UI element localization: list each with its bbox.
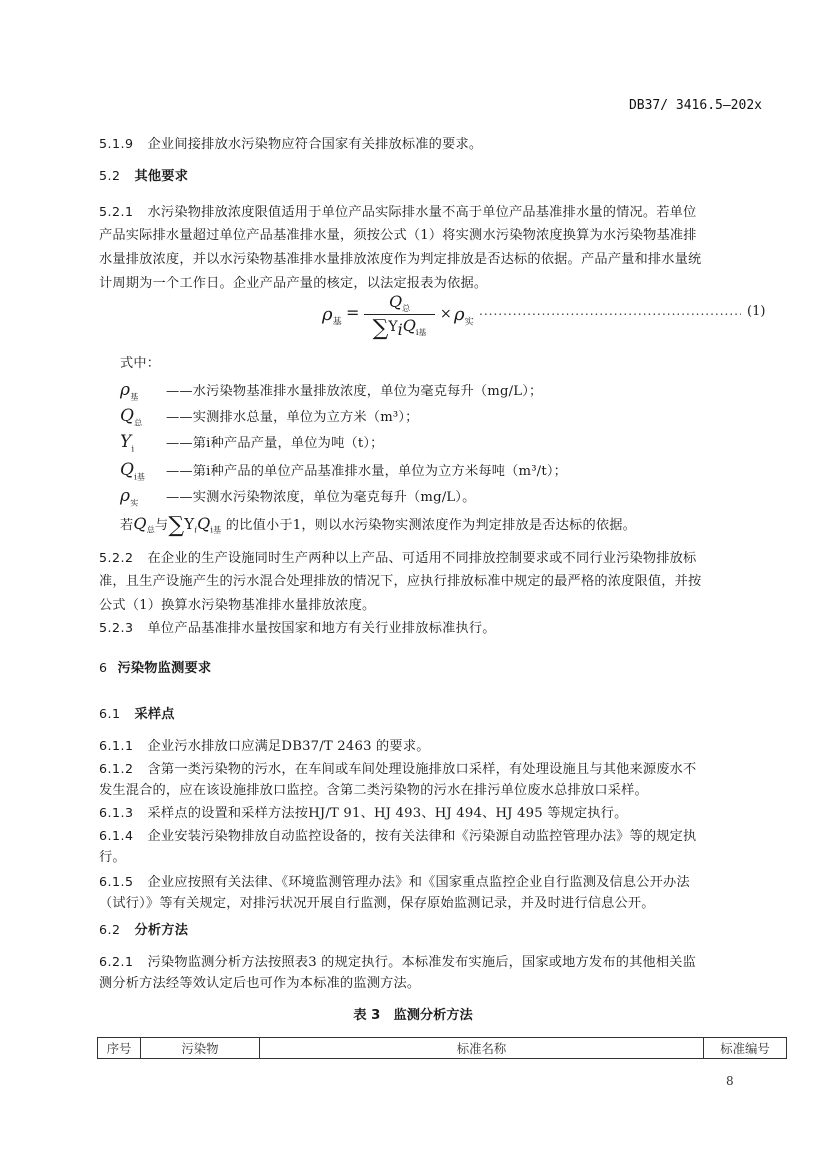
formula-label: (1): [747, 304, 765, 319]
column-header-standard-number: 标准编号: [704, 1038, 787, 1059]
sigma-icon: ∑: [373, 316, 389, 341]
clause-5-2-1-line-3: 水量排放浓度，并以水污染物基准排水量排放浓度作为判定排放是否达标的依据。产品产量…: [99, 248, 789, 272]
column-header-index: 序号: [98, 1038, 141, 1059]
document-id: DB37/ 3416.5—202x: [629, 98, 762, 113]
ratio-condition: 若Q总与∑YiQi基 的比值小于1，则以水污染物实测浓度作为判定排放是否达标的依…: [120, 512, 810, 543]
where-intro: 式中：: [120, 352, 810, 376]
page-number: 8: [726, 1074, 734, 1088]
section-heading-6-1: 6.1采样点: [99, 702, 789, 727]
column-header-standard-name: 标准名称: [260, 1038, 704, 1059]
clause-5-1-9: 5.1.9企业间接排放水污染物应符合国家有关排放标准的要求。: [99, 132, 789, 157]
clause-5-2-1-line-2: 产品实际排水量超过单位产品基准排水量，须按公式（1）将实测水污染物浓度换算为水污…: [99, 224, 789, 248]
clause-5-2-3: 5.2.3单位产品基准排水量按国家和地方有关行业排放标准执行。: [99, 616, 789, 641]
table-caption: 表 3 监测分析方法: [0, 1004, 826, 1023]
sigma-icon: ∑: [168, 513, 184, 538]
clause-5-2-2-line-3: 公式（1）换算水污染物基准排水量排放浓度。: [99, 594, 789, 618]
table-header-row: 序号 污染物 标准名称 标准编号: [98, 1038, 787, 1059]
formula-fraction: Q总 ∑YiQi基: [362, 292, 437, 341]
clause-5-2-2-line-2: 准，且生产设施产生的污水混合处理排放的情况下，应执行排放标准中规定的最严格的浓度…: [99, 570, 789, 594]
clause-text: 企业间接排放水污染物应符合国家有关排放标准的要求。: [148, 137, 483, 152]
clause-6-1-1: 6.1.1企业污水排放口应满足DB37/T 2463 的要求。: [99, 734, 789, 759]
formula-lhs: ρ基: [322, 304, 342, 328]
clause-6-1-3: 6.1.3采样点的设置和采样方法按HJ/T 91、HJ 493、HJ 494、H…: [99, 801, 789, 826]
section-title: 其他要求: [135, 169, 189, 184]
section-heading-5-2: 5.2其他要求: [99, 164, 789, 189]
clause-number: 5.1.9: [99, 136, 134, 151]
clause-6-2-1-line-2: 测分析方法经等效认定后也可作为本标准的监测方法。: [99, 972, 789, 996]
section-heading-6: 6污染物监测要求: [99, 656, 789, 681]
clause-6-1-5-line-2: （试行）》等有关规定，对排污状况开展自行监测，保存原始监测记录，并及时进行信息公…: [99, 892, 789, 916]
formula-1: ρ基 = Q总 ∑YiQi基 × ρ实 ....................…: [322, 292, 752, 342]
clause-5-2-2: 5.2.2在企业的生产设施同时生产两种以上产品、可适用不同排放控制要求或不同行业…: [99, 546, 789, 571]
column-header-pollutant: 污染物: [141, 1038, 260, 1059]
clause-6-1-2-line-2: 发生混合的，应在该设施排放口监控。含第二类污染物的污水在排污单位废水总排放口采样…: [99, 779, 789, 803]
table-3: 序号 污染物 标准名称 标准编号: [97, 1037, 787, 1059]
leader-dots: ........................................…: [479, 304, 741, 318]
formula-rhs: ρ实: [454, 304, 474, 328]
section-heading-6-2: 6.2分析方法: [99, 918, 789, 943]
clause-5-2-1: 5.2.1水污染物排放浓度限值适用于单位产品实际排水量不高于单位产品基准排水量的…: [99, 200, 789, 225]
clause-6-1-4-line-2: 行。: [99, 846, 789, 870]
definition-rho-shi: ρ实——实测水污染物浓度，单位为毫克每升（mg/L）。: [120, 484, 810, 515]
fraction-bar: [364, 314, 435, 315]
definition-y-i: Yi——第i种产品产量，单位为吨（t）；: [120, 430, 810, 461]
